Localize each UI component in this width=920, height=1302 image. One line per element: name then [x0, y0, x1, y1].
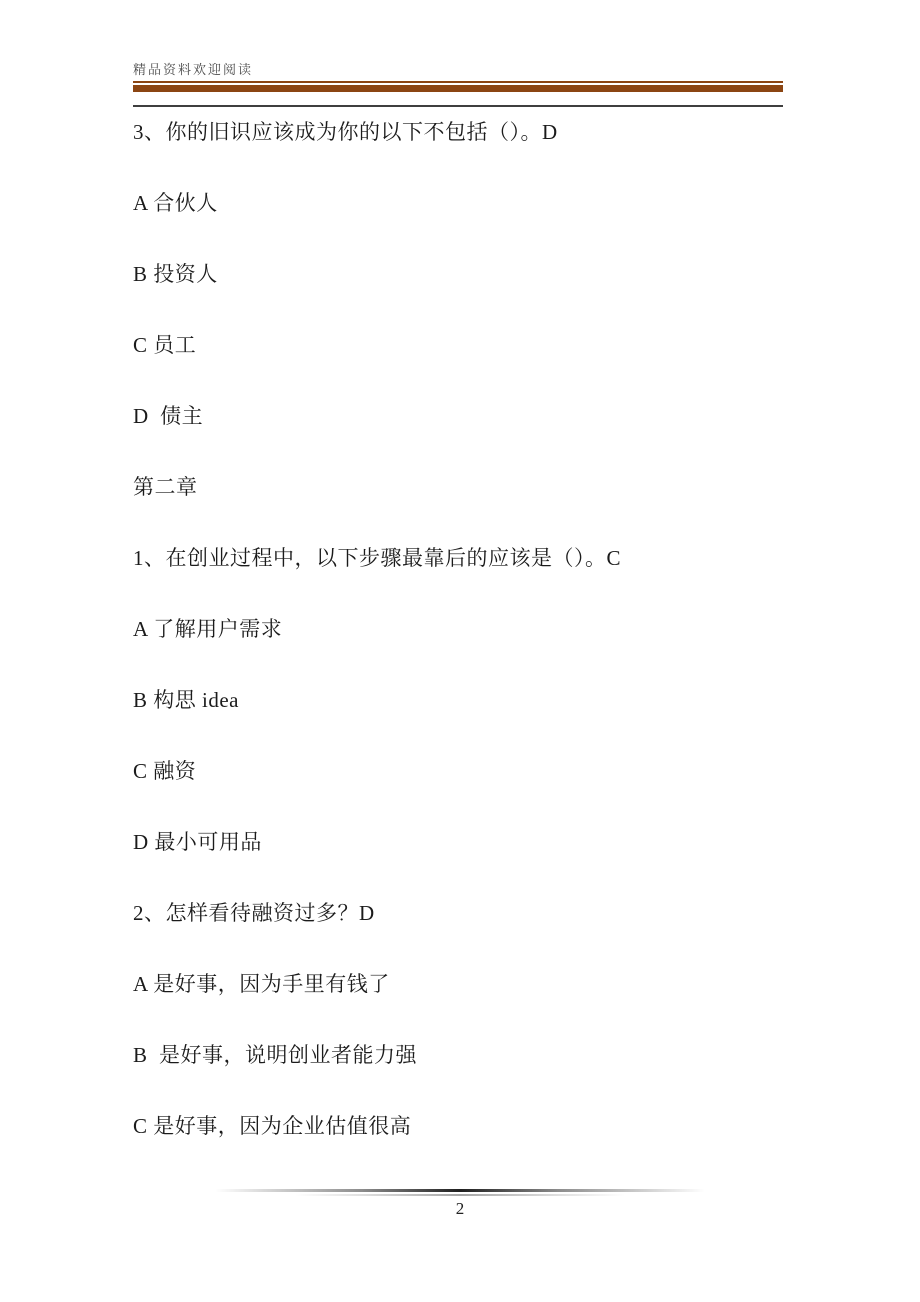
- question-3-option-c: C 员工: [133, 333, 786, 357]
- chapter-2-question-1-option-d: D 最小可用品: [133, 830, 786, 854]
- chapter-2-heading: 第二章: [133, 475, 786, 499]
- chapter-2-question-1-option-c: C 融资: [133, 759, 786, 783]
- page-header: 精品资料欢迎阅读: [133, 62, 783, 107]
- chapter-2-question-2: 2、怎样看待融资过多？D: [133, 901, 786, 925]
- question-3-option-b: B 投资人: [133, 262, 786, 286]
- question-3-option-d: D 债主: [133, 404, 786, 428]
- footer-divider: [215, 1189, 705, 1199]
- header-rule-thick: [133, 85, 783, 92]
- footer-divider-echo-line: [295, 1194, 625, 1196]
- header-rule-thin: [133, 81, 783, 83]
- question-3: 3、你的旧识应该成为你的以下不包括（）。D: [133, 120, 786, 144]
- header-rule-dark: [133, 105, 783, 107]
- question-3-option-a: A 合伙人: [133, 191, 786, 215]
- chapter-2-question-1: 1、在创业过程中，以下步骤最靠后的应该是（）。C: [133, 546, 786, 570]
- chapter-2-question-2-option-c: C 是好事，因为企业估值很高: [133, 1114, 786, 1138]
- page-footer: 2: [0, 1177, 920, 1302]
- chapter-2-question-1-option-b: B 构思 idea: [133, 688, 786, 712]
- chapter-2-question-2-option-a: A 是好事，因为手里有钱了: [133, 972, 786, 996]
- footer-divider-main-line: [215, 1189, 705, 1192]
- document-page: 精品资料欢迎阅读 3、你的旧识应该成为你的以下不包括（）。D A 合伙人 B 投…: [0, 0, 920, 1302]
- chapter-2-question-2-option-b: B 是好事，说明创业者能力强: [133, 1043, 786, 1067]
- chapter-2-question-1-option-a: A 了解用户需求: [133, 617, 786, 641]
- header-slogan: 精品资料欢迎阅读: [133, 62, 783, 78]
- page-number: 2: [0, 1199, 920, 1219]
- document-body: 3、你的旧识应该成为你的以下不包括（）。D A 合伙人 B 投资人 C 员工 D…: [133, 120, 786, 1185]
